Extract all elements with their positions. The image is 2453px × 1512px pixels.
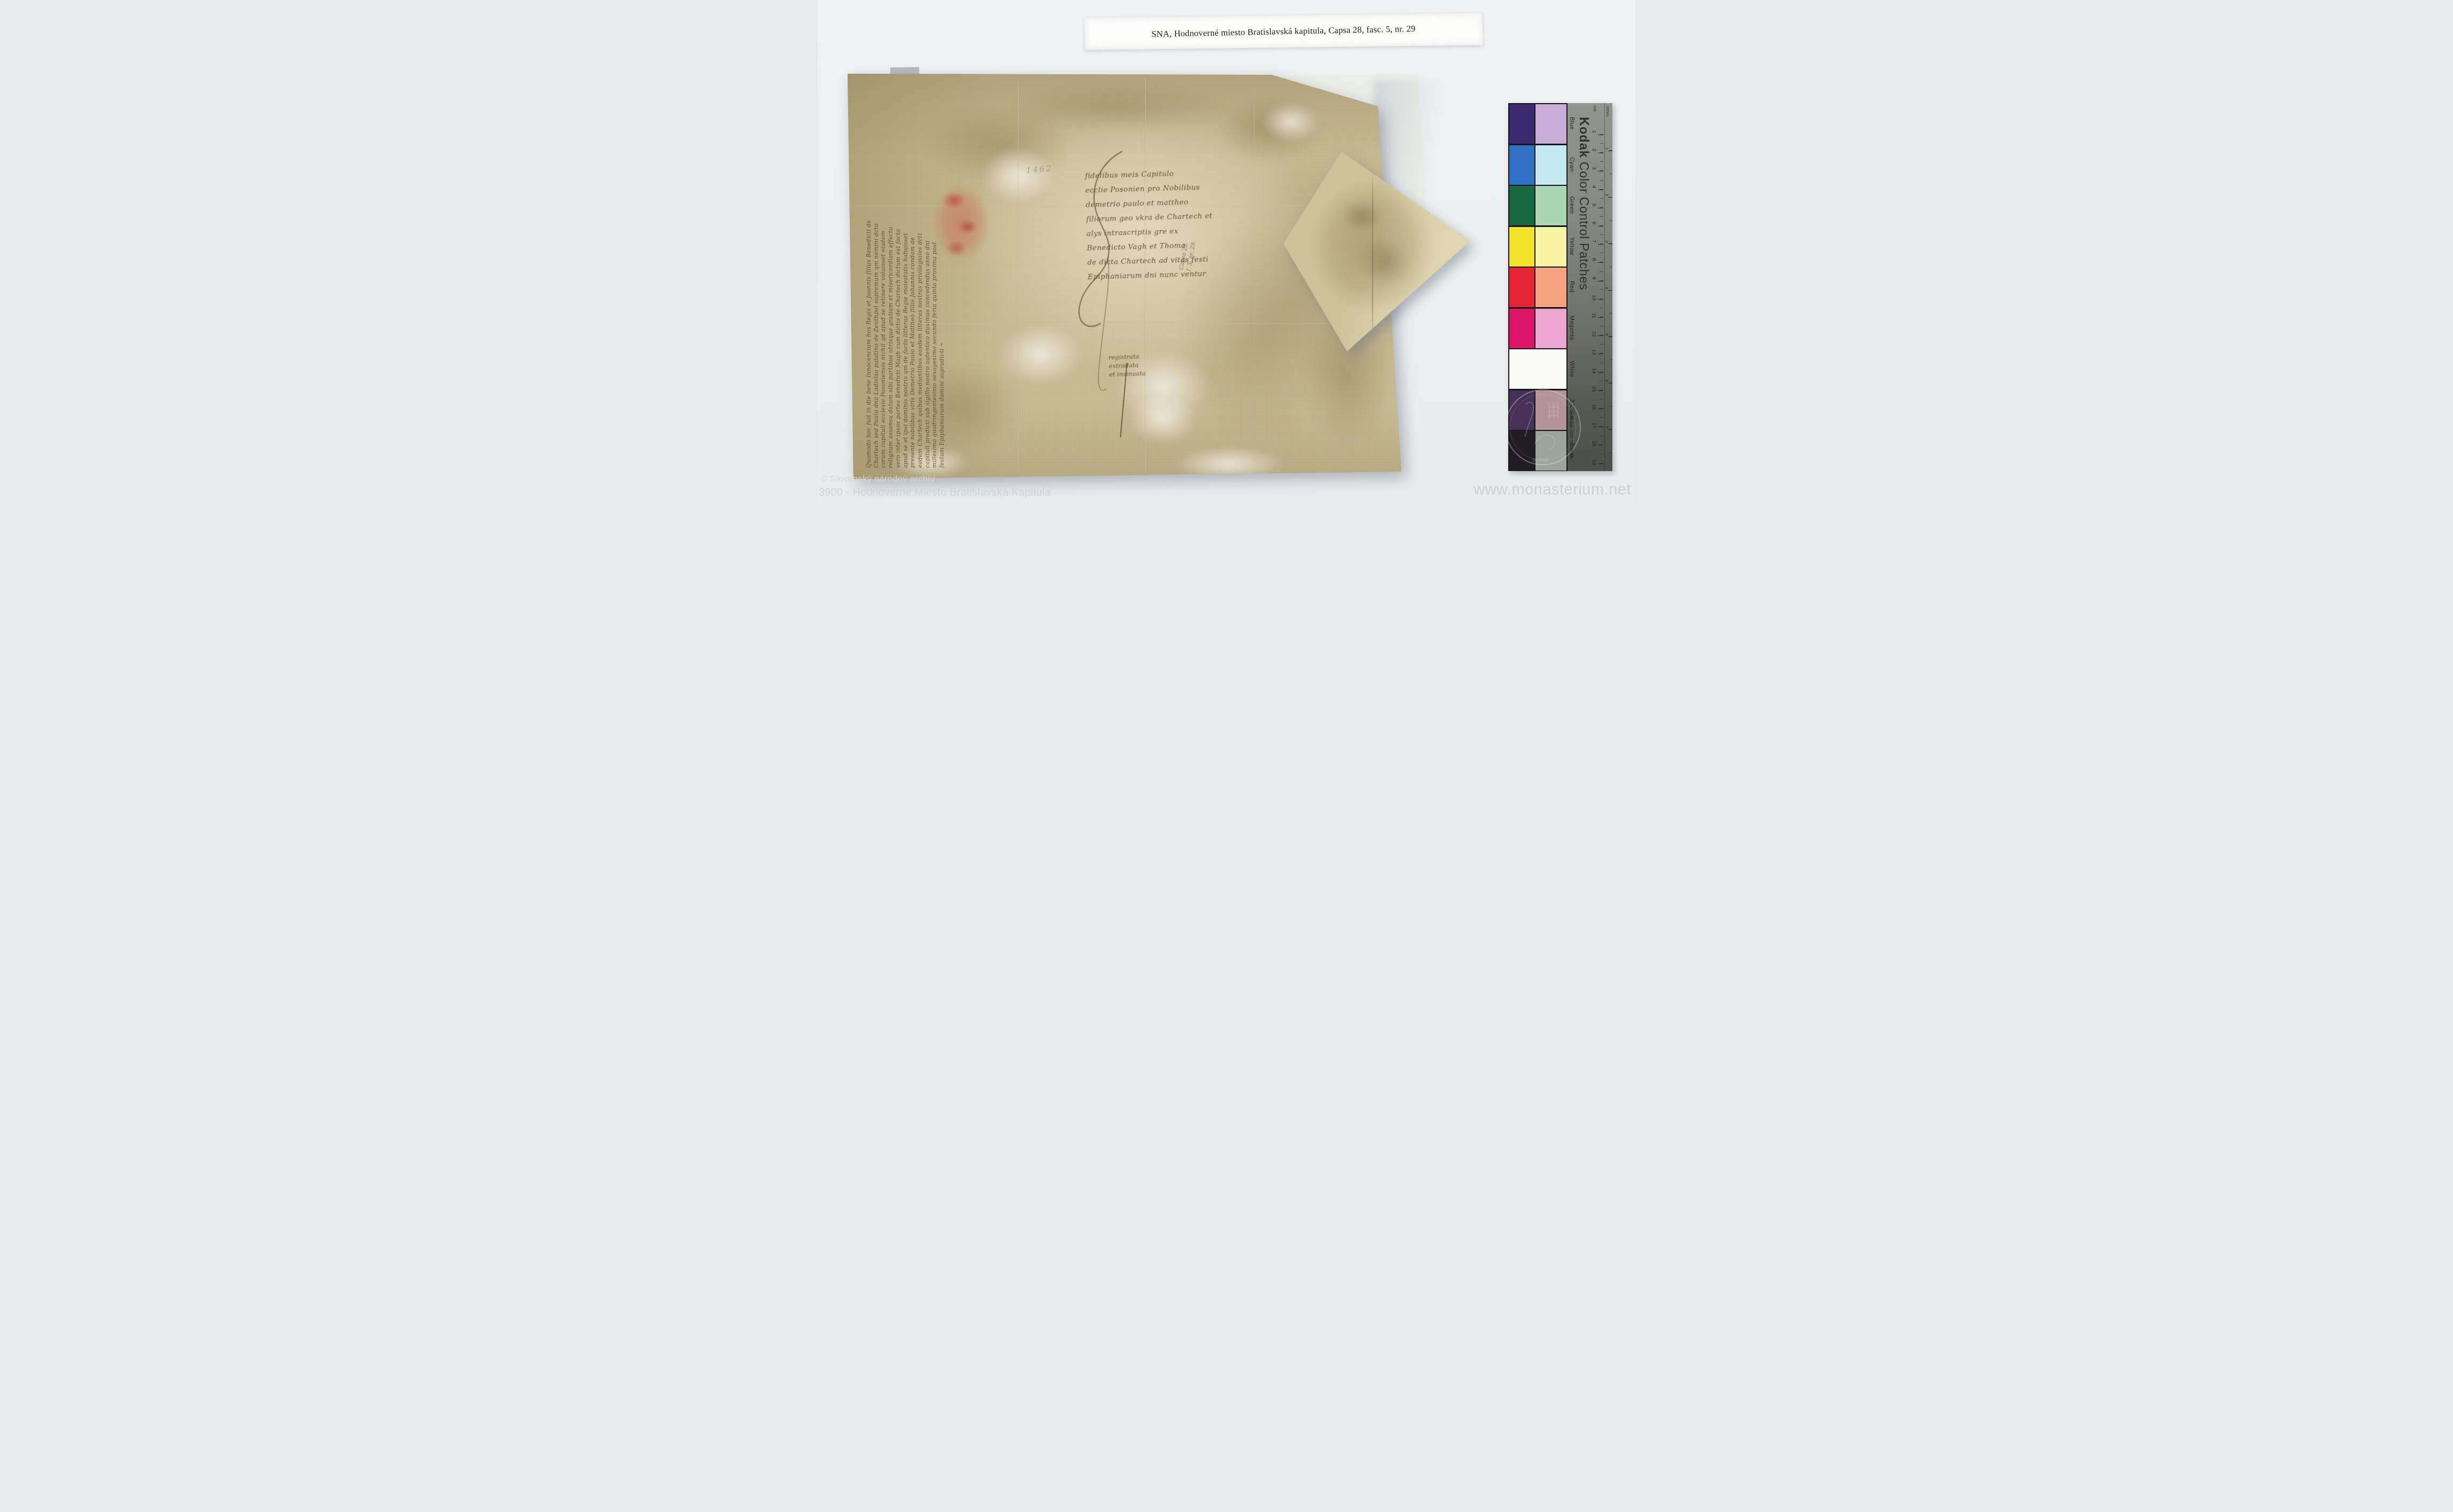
stain	[1008, 83, 1232, 131]
descender-stroke	[1117, 361, 1133, 441]
archival-caption-label: SNA, Hodnoverné miesto Bratislavská kapi…	[1085, 13, 1483, 50]
cm-number-13: 13	[1591, 349, 1597, 355]
patch-blue-light	[1535, 104, 1566, 144]
inch-number-1: 1	[1604, 147, 1609, 150]
margin-script-line: presente nobilibus viris Demetrio Paulo …	[910, 112, 917, 468]
patch-green-dark	[1509, 186, 1534, 225]
chart-title: Kodak Color Control Patches	[1577, 117, 1591, 290]
margin-script-line: festum Epiphaniarum domini supradicti ~	[939, 112, 946, 468]
inch-number-3: 3	[1604, 240, 1609, 242]
site-watermark: www.monasterium.net	[1474, 481, 1631, 499]
damage-blotch	[1128, 393, 1197, 444]
patch-label-cyan: Cyan	[1569, 157, 1575, 172]
kodak-color-control-chart: Kodak Color Control Patches © Kodak, 200…	[1508, 103, 1612, 471]
patch-label-yellow: Yellow	[1569, 237, 1575, 255]
patch-blue-dark	[1509, 104, 1534, 144]
damage-blotch	[981, 147, 1056, 203]
cm-tick-6	[1598, 226, 1603, 226]
damage-blotch	[1261, 102, 1320, 142]
inches-label: inches	[1605, 106, 1609, 116]
inch-tick-2	[1608, 197, 1612, 198]
cm-tick-9	[1598, 281, 1603, 281]
cm-minor-ticks	[1600, 126, 1603, 465]
damage-blotch	[1173, 446, 1286, 481]
margin-script-line: relignum assensu datum sibi partibus utr…	[888, 112, 895, 468]
cm-number-9: 9	[1591, 277, 1597, 279]
cm-tick-5	[1598, 208, 1603, 208]
cm-number-10: 10	[1591, 295, 1597, 301]
patch-label-black: Black	[1569, 443, 1575, 458]
margin-script-line: millesimo quadringentesimo sexagesimo se…	[931, 112, 939, 468]
cm-number-2: 2	[1591, 148, 1597, 151]
fold-crease	[1017, 81, 1019, 473]
patch-red-dark	[1509, 268, 1534, 307]
caption-text: SNA, Hodnoverné miesto Bratislavská kapi…	[1151, 23, 1416, 40]
digitized-charter-photograph: SNA, Hodnoverné miesto Bratislavská kapi…	[818, 0, 1635, 504]
inch-number-6: 6	[1604, 380, 1609, 382]
margin-script-line: apud se et ipsi dominis nostris qm de fa…	[903, 112, 910, 468]
patch-label-green: Green	[1569, 197, 1575, 214]
damage-blotch	[998, 324, 1084, 385]
patch-magenta-light	[1535, 309, 1566, 348]
inch-tick-5	[1608, 336, 1612, 337]
flap-crease	[1372, 169, 1373, 345]
cm-tick-4	[1598, 190, 1603, 190]
cm-number-12: 12	[1591, 331, 1597, 337]
patch-label-blue: Blue	[1569, 117, 1575, 130]
inch-tick-3	[1608, 244, 1612, 244]
patch-yellow-light	[1535, 227, 1566, 267]
inch-number-2: 2	[1604, 194, 1609, 196]
cm-tick-17	[1598, 427, 1603, 427]
cm-number-7: 7	[1591, 240, 1597, 242]
cm-number-3: 3	[1591, 167, 1597, 169]
cm-tick-1	[1598, 135, 1603, 135]
patch-cyan-light	[1535, 145, 1566, 185]
margin-script-line: coram capituli ecclesie Posoniensis nich…	[880, 112, 888, 468]
patch-black-light	[1535, 431, 1566, 471]
cm-tick-14	[1598, 372, 1603, 373]
margin-script-line: Chartech sed Paulo dno Ladislao palatino…	[873, 112, 881, 468]
margin-script-line: Quomodo hoc fuit in die bene Innocencium…	[866, 112, 873, 468]
patch-cyan-dark	[1509, 145, 1534, 185]
inch-tick-1	[1608, 151, 1612, 151]
cm-label: cm	[1593, 106, 1597, 112]
inch-tick-6	[1608, 383, 1612, 383]
margin-script-line: capituli predicti sub sigillo nostro aut…	[924, 112, 932, 468]
chart-title-rest: Color Control Patches	[1577, 158, 1591, 290]
cm-number-16: 16	[1591, 404, 1597, 410]
inch-tick-7	[1608, 429, 1612, 430]
patch-yellow-dark	[1509, 227, 1534, 267]
chart-gray-strip: Kodak Color Control Patches © Kodak, 200…	[1568, 103, 1612, 471]
copyright-watermark-line2: 3900 - Hodnoverné Miesto Bratislavská Ka…	[819, 487, 1051, 499]
inch-number-7: 7	[1604, 426, 1609, 428]
kodak-brand: Kodak	[1577, 117, 1591, 158]
patch-label-white: White	[1569, 361, 1575, 377]
margin-script-line: eadem Chartech quibus mediantibus easdem…	[917, 112, 924, 468]
cm-number-8: 8	[1591, 258, 1597, 261]
inch-number-4: 4	[1604, 287, 1609, 289]
cm-tick-19	[1598, 464, 1603, 464]
cm-tick-16	[1598, 409, 1603, 409]
patch-magenta-dark	[1509, 309, 1534, 348]
cm-number-5: 5	[1591, 203, 1597, 206]
patch-red-light	[1535, 268, 1566, 307]
cm-number-11: 11	[1591, 313, 1597, 318]
inch-number-5: 5	[1604, 333, 1609, 335]
cm-tick-11	[1598, 317, 1603, 318]
seal-flap-parchment	[1281, 150, 1474, 354]
cm-tick-8	[1598, 262, 1603, 263]
inch-tick-4	[1608, 290, 1612, 291]
cm-tick-7	[1598, 244, 1603, 245]
cm-number-14: 14	[1591, 368, 1597, 374]
inch-minor-ticks	[1610, 128, 1612, 453]
patch-black-dark	[1509, 431, 1534, 471]
margin-script-line: vero inter ipsos partes Benedicti Magh c…	[895, 112, 903, 468]
cm-number-18: 18	[1591, 441, 1597, 446]
cm-tick-18	[1598, 445, 1603, 445]
patch-label-3/color: 3/Color	[1569, 399, 1575, 420]
cm-tick-12	[1598, 335, 1603, 336]
patch-3/color-light	[1535, 390, 1566, 430]
seal-flap-diamond	[1281, 150, 1474, 354]
cm-tick-13	[1598, 354, 1603, 354]
marginal-script-block: Quomodo hoc fuit in die bene Innocencium…	[866, 112, 947, 468]
cm-tick-15	[1598, 390, 1603, 391]
cm-number-19: 19	[1591, 459, 1597, 465]
patch-white	[1509, 349, 1566, 389]
cm-tick-10	[1598, 299, 1603, 300]
patch-green-light	[1535, 186, 1566, 225]
cm-number-17: 17	[1591, 422, 1597, 428]
copyright-watermark-line1: © Slovenský národný archív	[821, 474, 935, 484]
patch-label-red: Red	[1569, 281, 1575, 293]
pencil-year-annotation: 1462	[1025, 163, 1053, 175]
cm-number-15: 15	[1591, 386, 1597, 392]
patch-label-magenta: Magenta	[1569, 316, 1575, 340]
cm-tick-2	[1598, 153, 1603, 153]
cm-tick-3	[1598, 171, 1603, 171]
patch-3/color-dark	[1509, 390, 1534, 430]
cm-number-1: 1	[1591, 130, 1597, 133]
color-patch-grid	[1508, 103, 1568, 471]
cm-number-4: 4	[1591, 185, 1597, 188]
cm-number-6: 6	[1591, 222, 1597, 224]
